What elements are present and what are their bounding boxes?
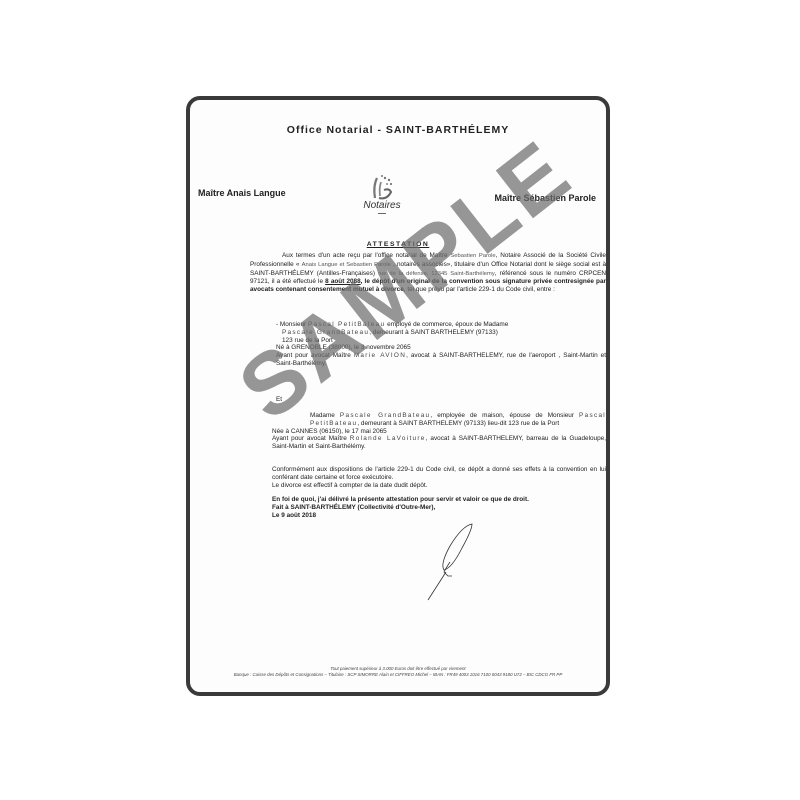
text: , tel que prévu par l'article 229-1 du C…	[404, 286, 555, 293]
wife-lawyer: Rolande LaVoiture	[350, 435, 426, 442]
notaires-logo: Notaires	[342, 172, 422, 232]
paragraph-conformity: Conformément aux dispositions de l'artic…	[250, 466, 606, 489]
deposit-date: 8 août 2088	[325, 278, 361, 285]
party-husband: - Monsieur Pascal PetitBateau employé de…	[276, 321, 606, 368]
logo-dash	[378, 213, 386, 214]
text: Aux termes d'un acte reçu par l'office n…	[282, 252, 448, 259]
scp-name: Anais Langue et Sebastien Parole	[302, 262, 391, 268]
document-page: Office Notarial - SAINT-BARTHÉLEMY Maîtr…	[186, 96, 610, 696]
husband-lawyer: Marie AVION	[354, 352, 406, 359]
office-address: rue de la défense, 12345 Saint-Barthélem…	[378, 271, 495, 277]
attestation-title: ATTESTATION	[190, 241, 606, 248]
text: , demeurant à SAINT BARTHELEMY (97133)	[369, 329, 498, 336]
conjunction-et: Et	[276, 396, 632, 404]
text: - Monsieur	[276, 321, 306, 328]
text: Ayant pour avocat Maître	[276, 352, 351, 359]
paragraph-closing: En foi de quoi, j'ai délivré la présente…	[250, 496, 606, 519]
text: , employée de maison, épouse de Monsieur	[430, 412, 574, 419]
wife-birth: Née à CANNES (06150), le 17 mai 2065	[250, 428, 606, 436]
notaires-logo-icon	[367, 172, 397, 202]
text: Madame	[310, 412, 335, 419]
text: , demeurant à SAINT BARTHELEMY (97133) l…	[357, 420, 559, 427]
effective-text: Le divorce est effectif à compter de la …	[250, 482, 606, 490]
notary-name: Sebastien Parole	[450, 253, 495, 259]
spouse-name: Pascale GrandBateau	[282, 329, 369, 336]
husband-birth: Né à GRENOBLE (38000), le 3 novembre 206…	[276, 344, 606, 352]
notary-left: Maître Anais Langue	[198, 188, 286, 198]
party-wife: Madame Pascale GrandBateau, employée de …	[250, 412, 606, 451]
logo-text: Notaires	[342, 200, 422, 211]
wife-name: Pascale GrandBateau	[340, 412, 431, 419]
closing-text: En foi de quoi, j'ai délivré la présente…	[250, 496, 606, 504]
conformity-text: Conformément aux dispositions de l'artic…	[250, 466, 606, 482]
husband-street: 123 rue de la Port	[276, 337, 606, 345]
text: employé de commerce, époux de Madame	[387, 321, 508, 328]
place-text: Fait à SAINT-BARTHÉLEMY (Collectivité d'…	[250, 504, 606, 512]
text: Ayant pour avocat Maître	[272, 435, 347, 442]
signature-icon	[422, 518, 482, 608]
paragraph-intro: Aux termes d'un acte reçu par l'office n…	[250, 252, 606, 294]
footer: Tout paiement supérieur à 3.000 Euros do…	[190, 666, 606, 677]
notary-right: Maître Sébastien Parole	[494, 193, 596, 203]
husband-name: Pascal PetitBateau	[308, 321, 385, 328]
footer-bank-details: Banque : Caisse des Dépôts et Consignati…	[190, 672, 606, 678]
office-title: Office Notarial - SAINT-BARTHÉLEMY	[190, 124, 606, 136]
